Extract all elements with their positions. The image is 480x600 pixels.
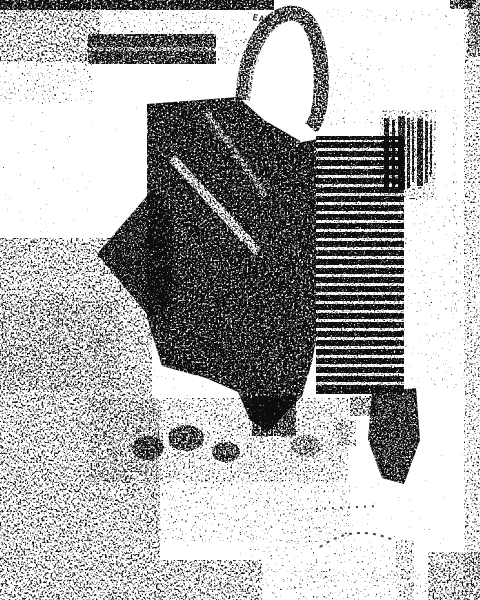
stamp-block-pits	[88, 34, 216, 64]
scanned-document-page: EAR	[0, 0, 480, 600]
vbar-6	[417, 118, 423, 186]
vbar-5	[412, 122, 414, 182]
vbar-4	[407, 118, 410, 188]
headline-cluster-2	[168, 425, 204, 451]
stamp-halo-left	[56, 34, 88, 62]
bottom-right-streak	[396, 540, 414, 600]
vbar-7	[425, 121, 428, 183]
top-left-speckle-fade	[0, 100, 88, 240]
scan-canvas: EAR	[0, 0, 480, 600]
vbar-2	[392, 120, 395, 188]
headline-dark-glyph-blob	[252, 396, 296, 436]
vbar-1	[384, 118, 389, 190]
bottom-right-corner-patch	[428, 552, 480, 600]
headline-cluster-1	[132, 436, 164, 460]
right-edge-column	[464, 0, 480, 600]
dotted-vertical-line	[453, 108, 457, 318]
bottom-left-deep-band	[0, 560, 262, 600]
subheader-dash-left	[0, 10, 210, 24]
vbar-8	[430, 124, 432, 176]
headline-cluster-3	[212, 442, 240, 462]
headline-cluster-4	[291, 435, 321, 457]
horn-interior-speckle	[322, 55, 372, 125]
top-headline-band-pits	[0, 0, 274, 10]
top-left-speckle-mid	[0, 58, 92, 104]
top-corner-mark	[450, 0, 472, 9]
vbar-3	[398, 116, 405, 190]
blob-bridge	[350, 396, 376, 416]
